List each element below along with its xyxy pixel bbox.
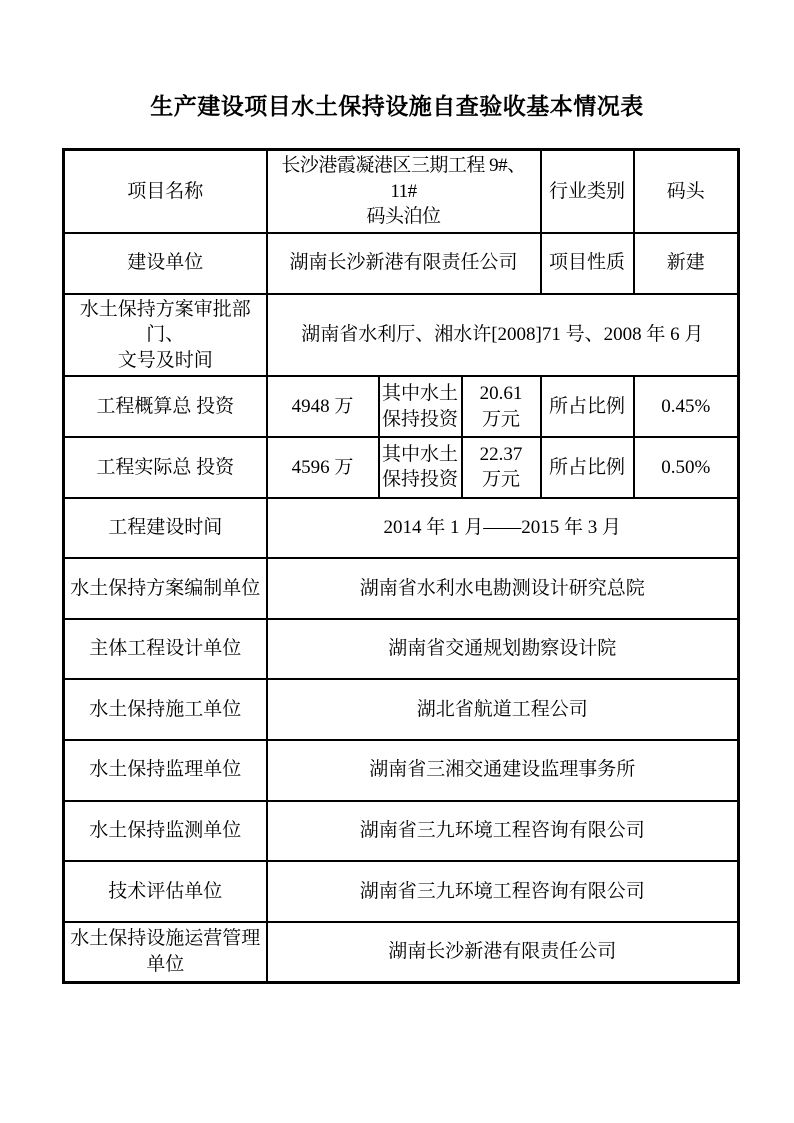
tech-evaluation-unit-value: 湖南省三九环境工程咨询有限公司 <box>267 861 739 922</box>
table-row: 工程概算总 投资 4948 万 其中水土 保持投资 20.61 万元 所占比例 … <box>64 376 739 437</box>
construction-unit-label: 建设单位 <box>64 233 267 294</box>
project-nature-value: 新建 <box>634 233 739 294</box>
swc-monitoring-unit-value: 湖南省三九环境工程咨询有限公司 <box>267 801 739 862</box>
construction-unit-value: 湖南长沙新港有限责任公司 <box>267 233 541 294</box>
project-nature-label: 项目性质 <box>541 233 634 294</box>
industry-category-label: 行业类别 <box>541 150 634 233</box>
document-page: 生产建设项目水土保持设施自查验收基本情况表 项目名称 长沙港霞凝港区三期工程 9… <box>0 0 794 1123</box>
plan-preparation-unit-label: 水土保持方案编制单位 <box>64 558 267 619</box>
tech-evaluation-unit-label: 技术评估单位 <box>64 861 267 922</box>
estimated-swc-investment-value: 20.61 万元 <box>462 376 541 437</box>
operation-management-unit-label: 水土保持设施运营管理 单位 <box>64 922 267 983</box>
actual-investment-value: 4596 万 <box>267 437 379 498</box>
swc-monitoring-unit-label: 水土保持监测单位 <box>64 801 267 862</box>
construction-period-value: 2014 年 1 月——2015 年 3 月 <box>267 498 739 559</box>
page-title: 生产建设项目水土保持设施自查验收基本情况表 <box>0 0 794 124</box>
plan-preparation-unit-value: 湖南省水利水电勘测设计研究总院 <box>267 558 739 619</box>
construction-period-label: 工程建设时间 <box>64 498 267 559</box>
swc-supervision-unit-label: 水土保持监理单位 <box>64 740 267 801</box>
estimated-ratio-value: 0.45% <box>634 376 739 437</box>
swc-construction-unit-value: 湖北省航道工程公司 <box>267 679 739 740</box>
table-row: 水土保持方案编制单位 湖南省水利水电勘测设计研究总院 <box>64 558 739 619</box>
table-row: 水土保持施工单位 湖北省航道工程公司 <box>64 679 739 740</box>
estimated-swc-investment-label: 其中水土 保持投资 <box>379 376 462 437</box>
approval-department-label: 水土保持方案审批部门、 文号及时间 <box>64 294 267 377</box>
estimated-ratio-label: 所占比例 <box>541 376 634 437</box>
actual-investment-label: 工程实际总 投资 <box>64 437 267 498</box>
actual-ratio-label: 所占比例 <box>541 437 634 498</box>
actual-swc-investment-value: 22.37 万元 <box>462 437 541 498</box>
table-row: 水土保持方案审批部门、 文号及时间 湖南省水利厅、湘水许[2008]71 号、2… <box>64 294 739 377</box>
main-design-unit-value: 湖南省交通规划勘察设计院 <box>267 619 739 680</box>
basic-info-table: 项目名称 长沙港霞凝港区三期工程 9#、11# 码头泊位 行业类别 码头 建设单… <box>62 148 740 984</box>
swc-supervision-unit-value: 湖南省三湘交通建设监理事务所 <box>267 740 739 801</box>
project-name-value: 长沙港霞凝港区三期工程 9#、11# 码头泊位 <box>267 150 541 233</box>
project-name-label: 项目名称 <box>64 150 267 233</box>
table-row: 工程实际总 投资 4596 万 其中水土 保持投资 22.37 万元 所占比例 … <box>64 437 739 498</box>
operation-management-unit-value: 湖南长沙新港有限责任公司 <box>267 922 739 983</box>
main-design-unit-label: 主体工程设计单位 <box>64 619 267 680</box>
estimated-investment-value: 4948 万 <box>267 376 379 437</box>
estimated-investment-label: 工程概算总 投资 <box>64 376 267 437</box>
actual-swc-investment-label: 其中水土 保持投资 <box>379 437 462 498</box>
table-row: 工程建设时间 2014 年 1 月——2015 年 3 月 <box>64 498 739 559</box>
table-row: 水土保持监测单位 湖南省三九环境工程咨询有限公司 <box>64 801 739 862</box>
approval-department-value: 湖南省水利厅、湘水许[2008]71 号、2008 年 6 月 <box>267 294 739 377</box>
swc-construction-unit-label: 水土保持施工单位 <box>64 679 267 740</box>
table-row: 水土保持设施运营管理 单位 湖南长沙新港有限责任公司 <box>64 922 739 983</box>
industry-category-value: 码头 <box>634 150 739 233</box>
table-row: 技术评估单位 湖南省三九环境工程咨询有限公司 <box>64 861 739 922</box>
table-row: 项目名称 长沙港霞凝港区三期工程 9#、11# 码头泊位 行业类别 码头 <box>64 150 739 233</box>
table-row: 水土保持监理单位 湖南省三湘交通建设监理事务所 <box>64 740 739 801</box>
table-row: 主体工程设计单位 湖南省交通规划勘察设计院 <box>64 619 739 680</box>
actual-ratio-value: 0.50% <box>634 437 739 498</box>
table-row: 建设单位 湖南长沙新港有限责任公司 项目性质 新建 <box>64 233 739 294</box>
